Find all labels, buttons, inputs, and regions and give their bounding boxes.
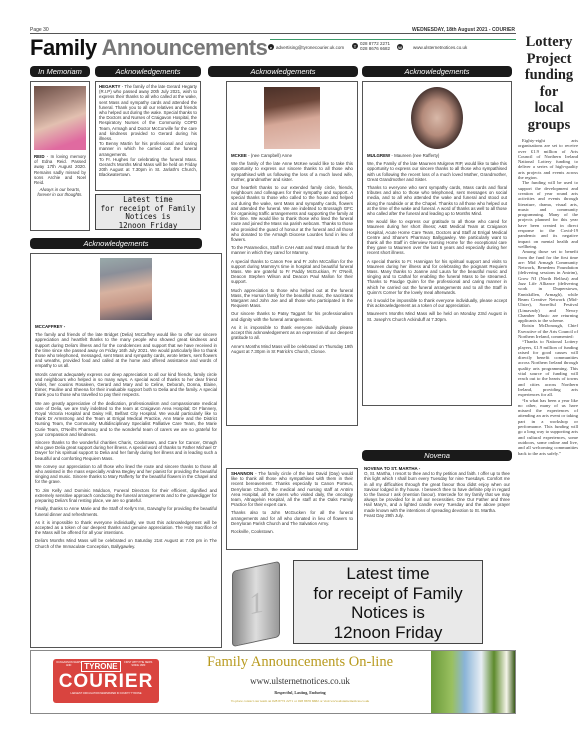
reid-notice: REID - In loving memory of Edna Reid. Pa… [30,81,90,231]
mulgrew-photo [411,87,463,149]
latest-big-3: Notices is [294,603,482,623]
section-in-memoriam: In Memoriam [30,66,90,77]
mulgrew-notice: MULGREW - Maureen (nee Rafferty) We, the… [362,81,512,406]
hegarty-notice: HEGARTY - The family of the late Gerard … [95,81,201,191]
mccaffrey-notice: MCCAFFREY - The family and friends of th… [30,253,222,648]
shannon-text: SHANNON - The family circle of the late … [231,471,353,534]
page-title: Family Announcements [30,37,267,59]
latest-big-1: Latest time [294,564,482,584]
website-contact[interactable]: Wwww.ulsternetnotices.co.uk [397,44,467,50]
lottery-headline: LotteryProjectfundingforlocalgroups [518,34,580,133]
title-bold: Family [30,35,97,60]
banner-url[interactable]: www.ulsternetnotices.co.uk [169,674,431,688]
deadline-notice-large: Latest timefor receipt of FamilyNotices … [293,560,483,644]
phone-contact[interactable]: T028 8772 2271028 8676 6682 [352,41,390,51]
phone-icon: T [352,43,358,49]
mulgrew-name: MULGREW - Maureen (nee Rafferty) [367,153,507,158]
mckee-photo [264,87,320,149]
latest-big-2: for receipt of Family [294,584,482,604]
reid-photo [34,86,86,150]
header-rule [30,33,516,34]
section-ack-1: Acknowledgements [95,66,201,77]
hegarty-text: HEGARTY - The family of the late Gerard … [99,84,197,178]
web-icon: W [397,44,403,50]
section-ack-4: Acknowledgements [362,66,512,77]
banner-contact: To place contact our team on 028 8772 22… [169,699,431,703]
mccaffrey-photo [100,258,152,320]
mccaffrey-name: MCCAFFREY - [35,324,217,329]
novena-notice: NOVENA TO ST. MARTHA -O, St. Martha, I r… [362,466,512,518]
banner-tagline: Respectful, Lasting, Enduring [169,690,431,695]
phone-2: 028 8676 6682 [360,46,390,51]
accent-rule [270,39,516,40]
email-icon: e [268,44,274,50]
banner-photo [431,651,515,713]
latest-big-4: 12noon Friday [294,623,482,643]
mccaffrey-text: The family and friends of the late Bridg… [35,332,217,549]
mulgrew-text: We, the Family of the late Maureen Mulgr… [367,161,507,322]
title-light: Announcements [102,35,268,60]
novena-text: NOVENA TO ST. MARTHA -O, St. Martha, I r… [364,466,510,518]
logo-bottom: LARGEST CIRCULATION NEWSPAPER IN COUNTY … [53,692,159,695]
section-ack-3: Acknowledgements [208,66,358,77]
calendar-icon: 1 [232,561,280,647]
shannon-notice: SHANNON - The family circle of the late … [226,468,358,550]
website-text: www.ulsternetnotices.co.uk [413,45,467,50]
mckee-text: We the family of the late Anne McKee wou… [231,161,353,354]
reid-text: REID - In loving memory of Edna Reid. Pa… [31,154,89,185]
latest-line-4: 12noon Friday [96,222,200,231]
deadline-notice-small: Latest timefor receipt of FamilyNotices … [95,194,201,230]
mckee-notice: MCKEE - (nee Campbell) Anne We the famil… [226,81,358,426]
reid-verse: Always in our hearts, forever in our tho… [31,185,89,199]
section-novena: Novena [362,450,512,461]
mckee-name: MCKEE - (nee Campbell) Anne [231,153,353,158]
lottery-article: Eighty-eight arts organisations are set … [518,138,578,456]
tyrone-courier-logo: DUNGANNON NEWS AND TYRONE FIRST WITH THE… [53,659,159,703]
online-notices-banner[interactable]: DUNGANNON NEWS AND TYRONE FIRST WITH THE… [30,650,516,714]
email-contact[interactable]: eadvertising@tyronecourier.uk.com [268,44,344,50]
section-ack-2: Acknowledgements [30,238,202,249]
banner-title: Family Announcements On-line [169,654,431,671]
logo-courier: COURIER [53,672,159,692]
email-text: advertising@tyronecourier.uk.com [276,45,344,50]
